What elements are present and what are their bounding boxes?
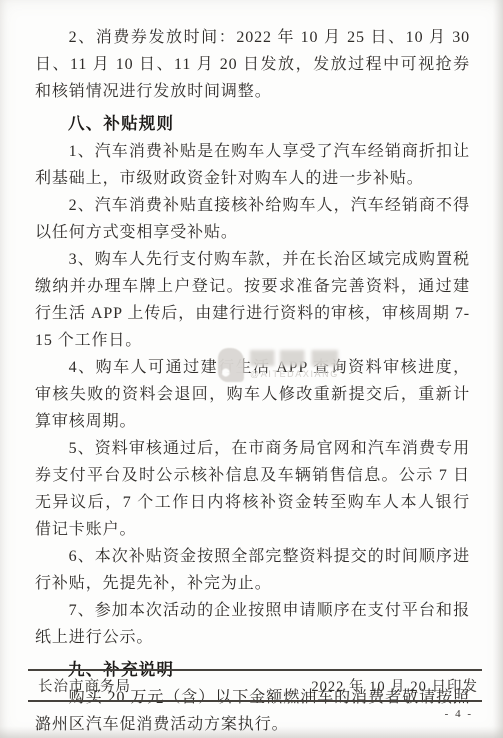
paragraph-rule-7: 7、参加本次活动的企业按照申请顺序在支付平台和报纸上进行公示。 xyxy=(35,597,470,651)
footer-issuer: 长治市商务局 xyxy=(38,675,131,696)
paragraph-rule-2: 2、汽车消费补贴直接核补给购车人，汽车经销商不得以任何方式变相享受补贴。 xyxy=(35,192,470,246)
paragraph-rule-3: 3、购车人先行支付购车款，并在长治区域完成购置税缴纳并办理车牌上户登记。按要求准… xyxy=(35,246,470,354)
paragraph-rule-6: 6、本次补贴资金按照全部完整资料提交的时间顺序进行补贴，先提先补，补完为止。 xyxy=(35,543,470,597)
paragraph-rule-4: 4、购车人可通过建行生活 APP 查询资料审核进度，审核失败的资料会退回，购车人… xyxy=(35,354,470,435)
document-body: 2、消费券发放时间：2022 年 10 月 25 日、10 月 30 日、11 … xyxy=(35,24,470,738)
paragraph-rule-5: 5、资料审核通过后，在市商务局官网和汽车消费专用券支付平台及时公示核补信息及车辆… xyxy=(35,435,470,543)
paragraph-rule-1: 1、汽车消费补贴是在购车人享受了汽车经销商折扣让利基础上，市级财政资金针对购车人… xyxy=(35,138,470,192)
paragraph-voucher-schedule: 2、消费券发放时间：2022 年 10 月 25 日、10 月 30 日、11 … xyxy=(35,24,470,105)
heading-subsidy-rules: 八、补贴规则 xyxy=(35,111,470,138)
document-page: 2、消费券发放时间：2022 年 10 月 25 日、10 月 30 日、11 … xyxy=(0,0,503,738)
page-number: - 4 - xyxy=(445,708,473,720)
footer-issue-date: 2022 年 10 月 20 日印发 xyxy=(311,675,478,696)
document-footer: 长治市商务局 2022 年 10 月 20 日印发 xyxy=(28,669,482,702)
